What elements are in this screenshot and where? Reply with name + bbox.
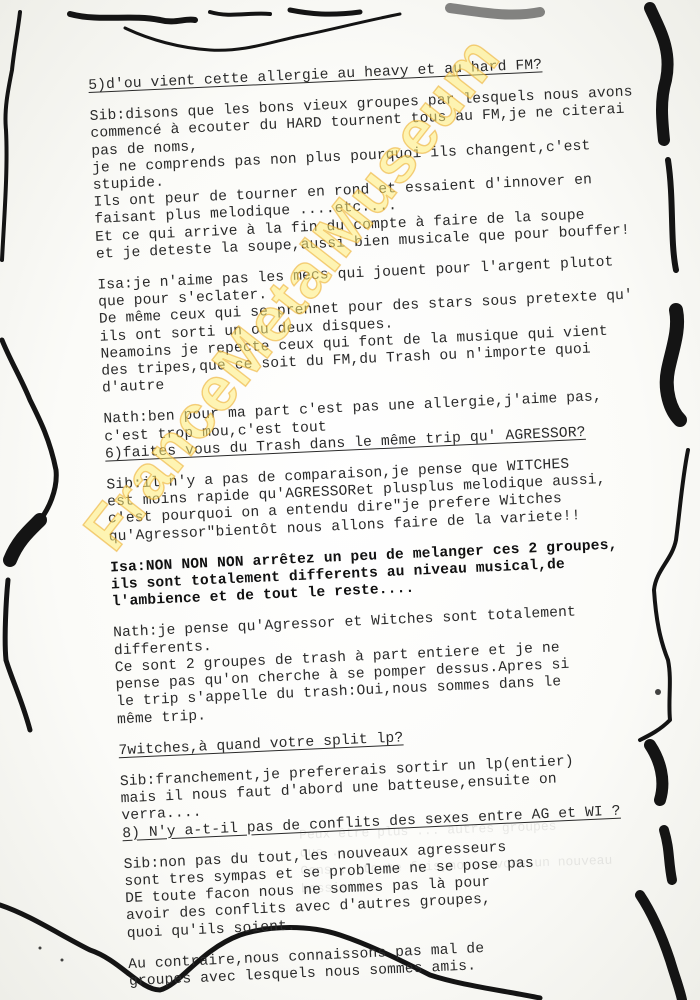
scanned-page: Peux être plus ... autres groupes que ..… (0, 0, 700, 1000)
typewritten-interview: 5)d'ou vient cette allergie au heavy et … (88, 52, 700, 992)
